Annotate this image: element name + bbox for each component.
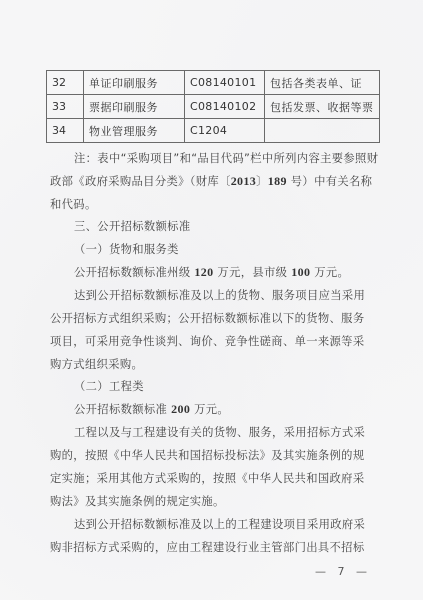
row-number: 34 bbox=[47, 119, 84, 143]
note-line-1: 注：表中“采购项目”和“品目代码”栏中所列内容主要参照财 bbox=[74, 150, 378, 166]
paragraph-line: 购的，按照《中华人民共和国招标投标法》及其实施条例的规 bbox=[50, 447, 364, 463]
procurement-items-table: 32 单证印刷服务 C08140101 包括各类表单、证 33 票据印刷服务 C… bbox=[46, 70, 380, 143]
section-heading: 三、公开招标数额标准 bbox=[74, 218, 190, 234]
note-line-3: 和代码。 bbox=[50, 196, 97, 212]
paragraph-line: 达到公开招标数额标准及以上的工程建设项目采用政府采 bbox=[74, 516, 365, 532]
item-description bbox=[265, 119, 380, 143]
table-row: 34 物业管理服务 C1204 bbox=[47, 119, 380, 143]
item-code: C1204 bbox=[185, 119, 265, 143]
paragraph-line: 工程以及与工程建设有关的货物、服务，采用招标方式采 bbox=[74, 424, 365, 440]
paragraph-line: 定实施；采用其他方式采购的，按照《中华人民共和国政府采 bbox=[50, 470, 364, 486]
table-row: 33 票据印刷服务 C08140102 包括发票、收据等票 bbox=[47, 95, 380, 119]
text: 万元。 bbox=[310, 266, 349, 279]
paragraph-line: 购非招标方式采购的，应由工程建设行业主管部门出具不招标 bbox=[50, 539, 364, 555]
page-number: — 7 — bbox=[315, 565, 371, 578]
note-year: 2013 bbox=[231, 174, 256, 188]
paragraph-line: 公开招标数额标准州级 120 万元，县市级 100 万元。 bbox=[74, 264, 349, 280]
item-description: 包括发票、收据等票 bbox=[265, 95, 380, 119]
paragraph-line: 项目，可采用竞争性谈判、询价、竞争性磋商、单一来源等采 bbox=[50, 333, 364, 349]
document-page: 32 单证印刷服务 C08140101 包括各类表单、证 33 票据印刷服务 C… bbox=[0, 0, 423, 600]
item-name: 单证印刷服务 bbox=[84, 71, 185, 95]
paragraph-line: 购法》及其实施条例的规定实施。 bbox=[50, 493, 225, 509]
paragraph-line: 达到公开招标数额标准及以上的货物、服务项目应当采用 bbox=[74, 287, 365, 303]
amount-value: 100 bbox=[291, 265, 310, 279]
item-code: C08140101 bbox=[185, 71, 265, 95]
row-number: 32 bbox=[47, 71, 84, 95]
note-text: 政部《政府采购品目分类》（财库〔 bbox=[50, 175, 231, 188]
subsection-heading: （一）货物和服务类 bbox=[74, 241, 179, 257]
text: 公开招标数额标准州级 bbox=[74, 266, 194, 279]
note-line-2: 政部《政府采购品目分类》（财库〔2013〕189 号）中有关名称 bbox=[50, 173, 372, 189]
text: 万元。 bbox=[190, 403, 229, 416]
item-name: 票据印刷服务 bbox=[84, 95, 185, 119]
paragraph-line: 购方式组织采购。 bbox=[50, 356, 143, 372]
table-row: 32 单证印刷服务 C08140101 包括各类表单、证 bbox=[47, 71, 380, 95]
note-doc-number: 189 bbox=[268, 174, 287, 188]
amount-value: 200 bbox=[171, 402, 190, 416]
note-text: 〕 bbox=[256, 175, 268, 188]
item-name: 物业管理服务 bbox=[84, 119, 185, 143]
item-code: C08140102 bbox=[185, 95, 265, 119]
paragraph-line: 公开招标数额标准 200 万元。 bbox=[74, 401, 229, 417]
subsection-heading: （二）工程类 bbox=[74, 378, 144, 394]
amount-value: 120 bbox=[194, 265, 213, 279]
row-number: 33 bbox=[47, 95, 84, 119]
note-text: 号）中有关名称 bbox=[287, 175, 372, 188]
text: 万元，县市级 bbox=[213, 266, 291, 279]
text: 公开招标数额标准 bbox=[74, 403, 171, 416]
item-description: 包括各类表单、证 bbox=[265, 71, 380, 95]
paragraph-line: 公开招标方式组织采购；公开招标数额标准以下的货物、服务 bbox=[50, 310, 364, 326]
